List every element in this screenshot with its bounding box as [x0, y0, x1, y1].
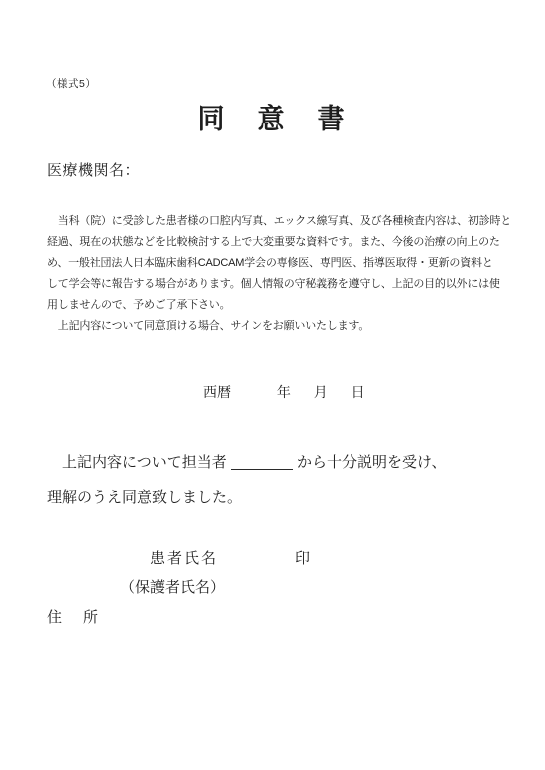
date-year-label: 年 [277, 382, 291, 402]
seal-label: 印 [295, 547, 310, 568]
body-line: 上記内容について同意頂ける場合、サインをお願いいたします。 [47, 316, 511, 337]
staff-name-blank-field [231, 454, 293, 470]
page-title: 同 意 書 [0, 97, 545, 136]
address-label: 住 所 [47, 606, 101, 627]
form-number: （様式5） [46, 76, 96, 91]
date-line: 西暦 年 月 日 [203, 382, 365, 402]
body-line: 当科（院）に受診した患者様の口腔内写真、エックス線写真、及び各種検査内容は、初診… [47, 211, 511, 232]
consent-body-paragraph: 当科（院）に受診した患者様の口腔内写真、エックス線写真、及び各種検査内容は、初診… [47, 211, 511, 337]
date-day-label: 日 [351, 382, 365, 402]
patient-name-label: 患者氏名 [150, 547, 218, 568]
body-line: 用しませんので、予めご了承下さい。 [47, 295, 511, 316]
body-line: して学会等に報告する場合があります。個人情報の守秘義務を遵守し、上記の目的以外に… [47, 274, 511, 295]
consent-statement-line1: 上記内容について担当者 から十分説明を受け、 [47, 451, 446, 472]
consent-form-page: （様式5） 同 意 書 医療機関名： 当科（院）に受診した患者様の口腔内写真、エ… [0, 0, 545, 770]
consent-statement-line2: 理解のうえ同意致しました。 [47, 486, 242, 507]
institution-name-label: 医療機関名： [47, 159, 140, 180]
date-month-label: 月 [314, 382, 328, 402]
date-era-label: 西暦 [203, 382, 231, 402]
consent-statement-after-blank: から十分説明を受け、 [297, 454, 446, 471]
body-line: め、一般社団法人日本臨床歯科CADCAM学会の専修医、専門医、指導医取得・更新の… [47, 253, 511, 274]
consent-statement-before-blank: 上記内容について担当者 [47, 454, 227, 471]
body-line: 経過、現在の状態などを比較検討する上で大変重要な資料です。また、今後の治療の向上… [47, 232, 511, 253]
guardian-name-label: （保護者氏名） [120, 576, 225, 597]
